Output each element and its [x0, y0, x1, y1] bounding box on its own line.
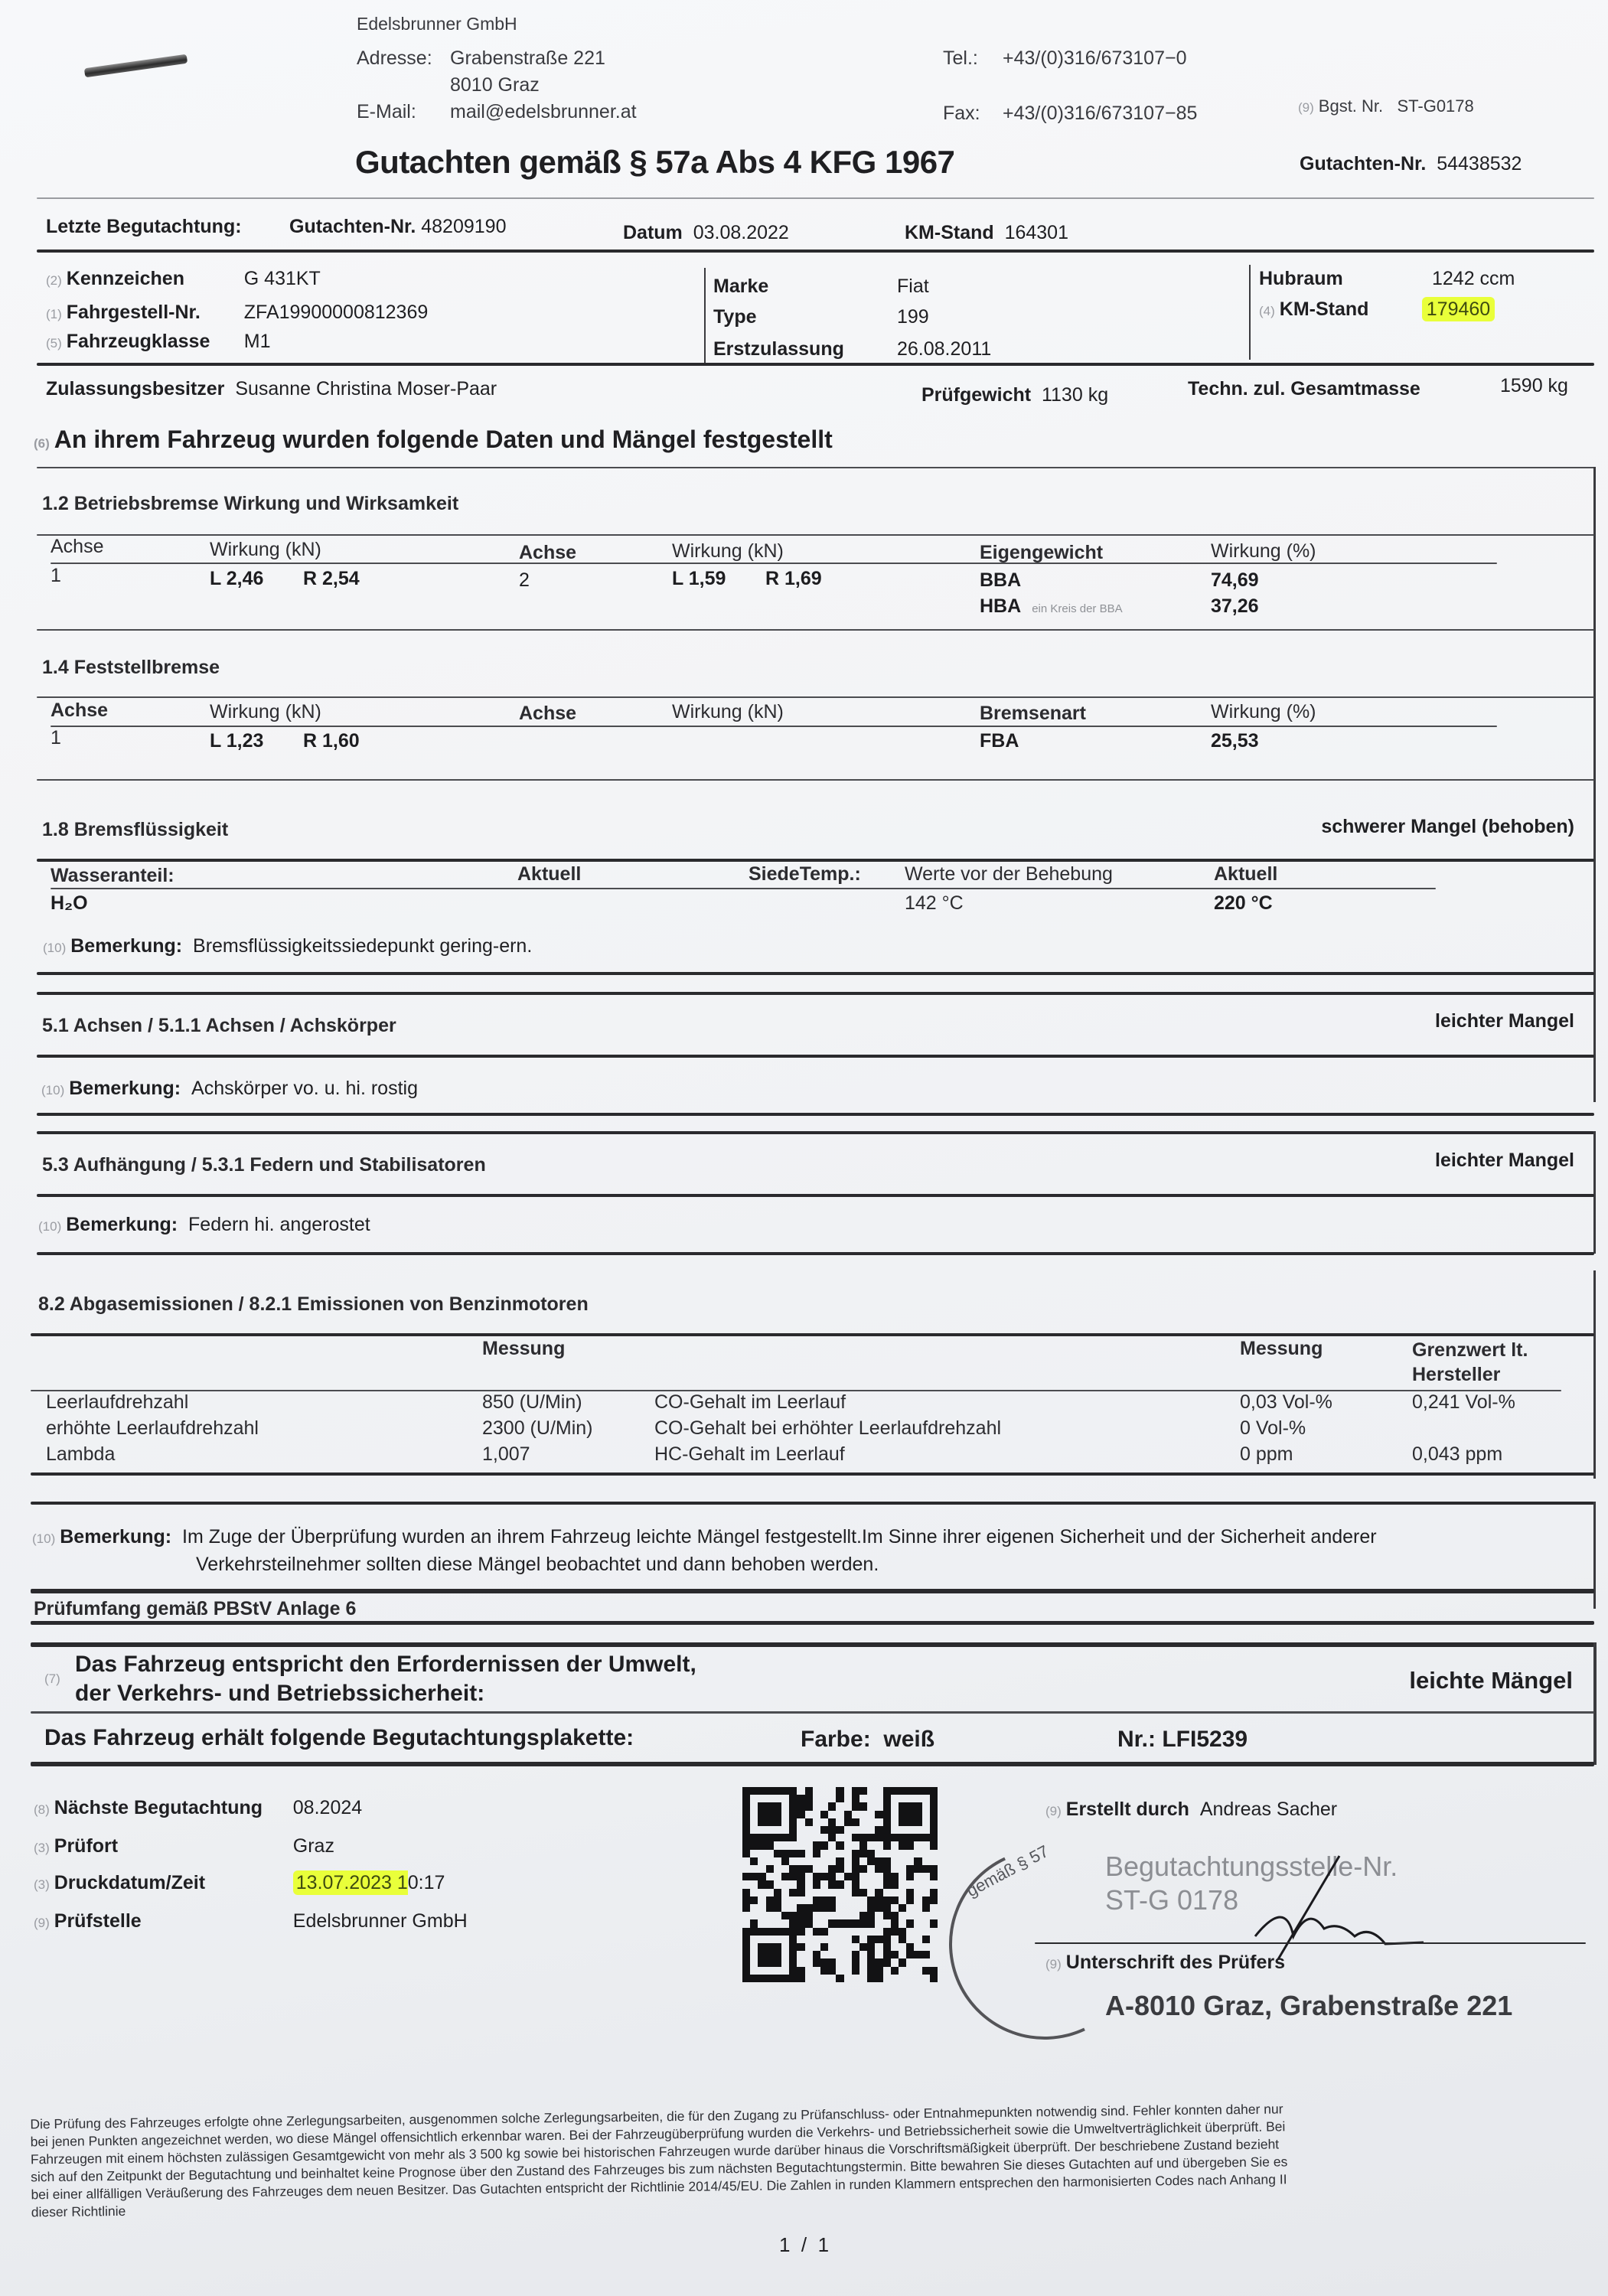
col-header: Aktuell: [1214, 863, 1277, 885]
result-line2: der Verkehrs- und Betriebssicherheit:: [75, 1681, 484, 1707]
col-header: Wasseranteil:: [51, 865, 174, 887]
divider: [37, 197, 1594, 199]
section-title-bremsfluessigkeit: 1.8 Bremsflüssigkeit: [42, 819, 228, 841]
divider: [31, 1621, 1594, 1625]
druckdatum-highlight: 13.07.2023 1: [293, 1870, 408, 1895]
document-page: Edelsbrunner GmbH Adresse:Grabenstraße 2…: [0, 0, 1608, 2296]
general-remark-line2: Verkehrsteilnehmer sollten diese Mängel …: [196, 1554, 879, 1576]
col-header: Werte vor der Behebung: [905, 863, 1113, 885]
field-kennzeichen: (2)KennzeichenG 431KT: [46, 268, 321, 290]
fax-label: Fax:: [943, 103, 1003, 125]
divider: [37, 1113, 1594, 1116]
frame-right: [1593, 1270, 1596, 1479]
km-stand-highlight: 179460: [1422, 297, 1495, 321]
axle1-right: R 2,54: [303, 568, 360, 590]
divider: [704, 268, 706, 363]
divider: [37, 972, 1594, 975]
result-code: (7): [44, 1671, 65, 1687]
axle1-right: R 1,60: [303, 730, 360, 752]
divider: [1249, 265, 1251, 360]
email-value: mail@edelsbrunner.at: [450, 101, 637, 122]
email-label: E-Mail:: [357, 101, 450, 123]
field-erstzulassung: Erstzulassung26.08.2011: [713, 338, 991, 360]
bba-label: BBA: [980, 569, 1021, 592]
disclaimer-text: Die Prüfung des Fahrzeuges erfolgte ohne…: [30, 2097, 1585, 2222]
divider: [31, 1502, 1594, 1505]
pruefstelle: (9)PrüfstelleEdelsbrunner GmbH: [34, 1910, 468, 1932]
signature: [1225, 1852, 1454, 1967]
brake-type: FBA: [980, 730, 1019, 752]
divider: [51, 888, 1436, 889]
divider: [37, 1252, 1594, 1255]
boiling-current: 220 °C: [1214, 892, 1273, 915]
field-besitzer: Zulassungsbesitzer Susanne Christina Mos…: [46, 378, 497, 400]
hba-value: 37,26: [1211, 595, 1259, 618]
company-email: E-Mail:mail@edelsbrunner.at: [357, 101, 637, 123]
scope-label: Prüfumfang gemäß PBStV Anlage 6: [34, 1598, 356, 1620]
col-header: SiedeTemp.:: [749, 863, 861, 885]
plakette-farbe: Farbe: weiß: [801, 1727, 934, 1753]
tel-label: Tel.:: [943, 47, 1003, 70]
col-header: Aktuell: [517, 863, 581, 885]
emission-limit: 0,043 ppm: [1412, 1443, 1502, 1466]
col-header: Achse: [519, 542, 576, 564]
col-header: Eigengewicht: [980, 542, 1103, 564]
gesamtmasse-value: 1590 kg: [1500, 375, 1568, 397]
findings-heading: (6)An ihrem Fahrzeug wurden folgende Dat…: [34, 426, 833, 454]
signature-line: [1035, 1942, 1586, 1944]
divider: [37, 467, 1594, 468]
stamp-line2: ST-G 0178: [1105, 1884, 1238, 1916]
qr-code: [742, 1787, 938, 1982]
axle2-right: R 1,69: [765, 568, 822, 590]
field-type: Type199: [713, 306, 929, 328]
divider: [37, 992, 1594, 995]
field-hubraum: Hubraum1242 ccm: [1259, 268, 1515, 290]
col-header: Wirkung (kN): [672, 540, 784, 563]
plakette-label: Das Fahrzeug erhält folgende Begutachtun…: [44, 1725, 634, 1751]
divider: [37, 859, 1594, 862]
gutachten-nr: Gutachten-Nr. 54438532: [1300, 153, 1522, 175]
fax-value: +43/(0)316/673107−85: [1003, 103, 1197, 124]
emission-name: Leerlaufdrehzahl: [46, 1391, 188, 1414]
divider: [31, 1711, 1594, 1714]
field-pruefgewicht: Prüfgewicht 1130 kg: [921, 384, 1108, 406]
divider: [51, 726, 1497, 727]
last-inspection-nr: Gutachten-Nr. 48209190: [289, 216, 506, 238]
divider: [31, 1642, 1594, 1647]
divider: [37, 1055, 1594, 1058]
company-tel: Tel.:+43/(0)316/673107−0: [943, 47, 1187, 70]
divider: [37, 534, 1594, 536]
stamp-address: A-8010 Graz, Grabenstraße 221: [1105, 1990, 1512, 2022]
severity-badge: schwerer Mangel (behoben): [1321, 816, 1574, 838]
emission-value: 1,007: [482, 1443, 530, 1466]
company-name: Edelsbrunner GmbH: [357, 14, 517, 34]
emission-param: CO-Gehalt im Leerlauf: [654, 1391, 846, 1414]
remark-bremsfluessigkeit: (10)Bemerkung: Bremsflüssigkeitssiedepun…: [43, 935, 532, 957]
plakette-nr: Nr.: LFI5239: [1117, 1727, 1248, 1753]
col-header: Wirkung (%): [1211, 540, 1316, 563]
axle1-left: L 1,23: [210, 730, 263, 752]
axle1-left: L 2,46: [210, 568, 263, 590]
last-inspection-date: Datum 03.08.2022: [623, 222, 789, 244]
section-title-feststellbremse: 1.4 Feststellbremse: [42, 657, 220, 679]
divider: [31, 1473, 1594, 1476]
druckdatum: (3)Druckdatum/Zeit13.07.2023 10:17: [34, 1872, 445, 1894]
divider: [31, 1589, 1594, 1593]
staple: [84, 54, 188, 78]
divider: [37, 629, 1594, 631]
divider: [37, 696, 1594, 698]
emission-value: 850 (U/Min): [482, 1391, 582, 1414]
divider: [37, 779, 1594, 781]
divider: [37, 1194, 1594, 1197]
document-title: Gutachten gemäß § 57a Abs 4 KFG 1967: [355, 144, 954, 181]
severity-badge: leichter Mangel: [1435, 1150, 1574, 1172]
col-header: Messung: [482, 1338, 565, 1360]
section-title-betriebsbremse: 1.2 Betriebsbremse Wirkung und Wirksamke…: [42, 493, 458, 515]
field-gesamtmasse: Techn. zul. Gesamtmasse: [1188, 378, 1420, 400]
field-km-stand: (4)KM-Stand179460: [1259, 298, 1495, 321]
axle-number: 2: [519, 569, 530, 592]
hba-row: HBA ein Kreis der BBA: [980, 595, 1123, 618]
emission-param: HC-Gehalt im Leerlauf: [654, 1443, 845, 1466]
next-inspection: (8)Nächste Begutachtung08.2024: [34, 1797, 362, 1819]
section-title-achsen: 5.1 Achsen / 5.1.1 Achsen / Achskörper: [42, 1015, 396, 1037]
divider: [31, 1333, 1594, 1336]
unterschrift-label: (9)Unterschrift des Prüfers: [1045, 1952, 1285, 1974]
section-title-emissionen: 8.2 Abgasemissionen / 8.2.1 Emissionen v…: [38, 1293, 589, 1316]
col-header: Messung: [1240, 1338, 1323, 1360]
emission-name: Lambda: [46, 1443, 115, 1466]
col-header: Wirkung (kN): [672, 701, 784, 723]
col-header: Achse: [51, 700, 108, 722]
axle-number: 1: [51, 727, 61, 749]
col-header: Achse: [51, 536, 103, 558]
col-header: Wirkung (kN): [210, 539, 321, 561]
last-inspection-km: KM-Stand 164301: [905, 222, 1068, 244]
emission-param: CO-Gehalt bei erhöhter Leerlaufdrehzahl: [654, 1417, 1001, 1440]
axle-number: 1: [51, 565, 61, 587]
divider: [31, 1762, 1594, 1766]
frame-right: [1593, 1131, 1596, 1254]
emission-limit: 0,241 Vol-%: [1412, 1391, 1515, 1414]
bba-value: 74,69: [1211, 569, 1259, 592]
company-address: Adresse:Grabenstraße 221: [357, 47, 605, 70]
col-header: Grenzwert lt. Hersteller: [1412, 1338, 1565, 1387]
field-fahrzeugklasse: (5)FahrzeugklasseM1: [46, 331, 271, 353]
pruefort: (3)PrüfortGraz: [34, 1835, 334, 1857]
emission-value: 2300 (U/Min): [482, 1417, 593, 1440]
address-street: Grabenstraße 221: [450, 47, 605, 69]
col-header: Wirkung (%): [1211, 701, 1316, 723]
erstellt-durch: (9)Erstellt durch Andreas Sacher: [1045, 1799, 1337, 1821]
divider: [37, 363, 1594, 366]
water-label: H₂O: [51, 892, 88, 915]
tel-value: +43/(0)316/673107−0: [1003, 47, 1187, 69]
col-header: Achse: [519, 703, 576, 725]
verdict: leichte Mängel: [1409, 1667, 1573, 1694]
last-inspection-label: Letzte Begutachtung:: [46, 216, 242, 238]
emission-measured: 0 Vol-%: [1240, 1417, 1306, 1440]
remark-aufhaengung: (10)Bemerkung: Federn hi. angerostet: [38, 1214, 370, 1236]
brake-value: 25,53: [1211, 730, 1259, 752]
remark-achsen: (10)Bemerkung: Achskörper vo. u. hi. ros…: [41, 1078, 418, 1100]
frame-right: [1593, 1642, 1597, 1765]
address-label: Adresse:: [357, 47, 450, 70]
result-line1: Das Fahrzeug entspricht den Erforderniss…: [75, 1652, 696, 1678]
col-header: Wirkung (kN): [210, 701, 321, 723]
company-fax: Fax:+43/(0)316/673107−85: [943, 103, 1197, 125]
col-header: Bremsenart: [980, 703, 1086, 725]
divider: [37, 1131, 1594, 1134]
section-title-aufhaengung: 5.3 Aufhängung / 5.3.1 Federn und Stabil…: [42, 1154, 486, 1176]
page-number: 1 / 1: [779, 2233, 829, 2257]
axle2-left: L 1,59: [672, 568, 726, 590]
divider: [37, 249, 1594, 253]
emission-name: erhöhte Leerlaufdrehzahl: [46, 1417, 259, 1440]
address-city: 8010 Graz: [450, 74, 540, 96]
general-remark: (10)Bemerkung: Im Zuge der Überprüfung w…: [32, 1526, 1377, 1548]
emission-measured: 0 ppm: [1240, 1443, 1293, 1466]
field-fahrgestell: (1)Fahrgestell-Nr.ZFA19900000812369: [46, 302, 428, 324]
severity-badge: leichter Mangel: [1435, 1010, 1574, 1032]
boiling-before: 142 °C: [905, 892, 964, 915]
divider: [51, 563, 1497, 564]
bgst-nr: (9)Bgst. Nr. ST-G0178: [1298, 96, 1474, 116]
emission-measured: 0,03 Vol-%: [1240, 1391, 1332, 1414]
frame-right: [1593, 467, 1596, 1102]
field-marke: MarkeFiat: [713, 276, 929, 298]
